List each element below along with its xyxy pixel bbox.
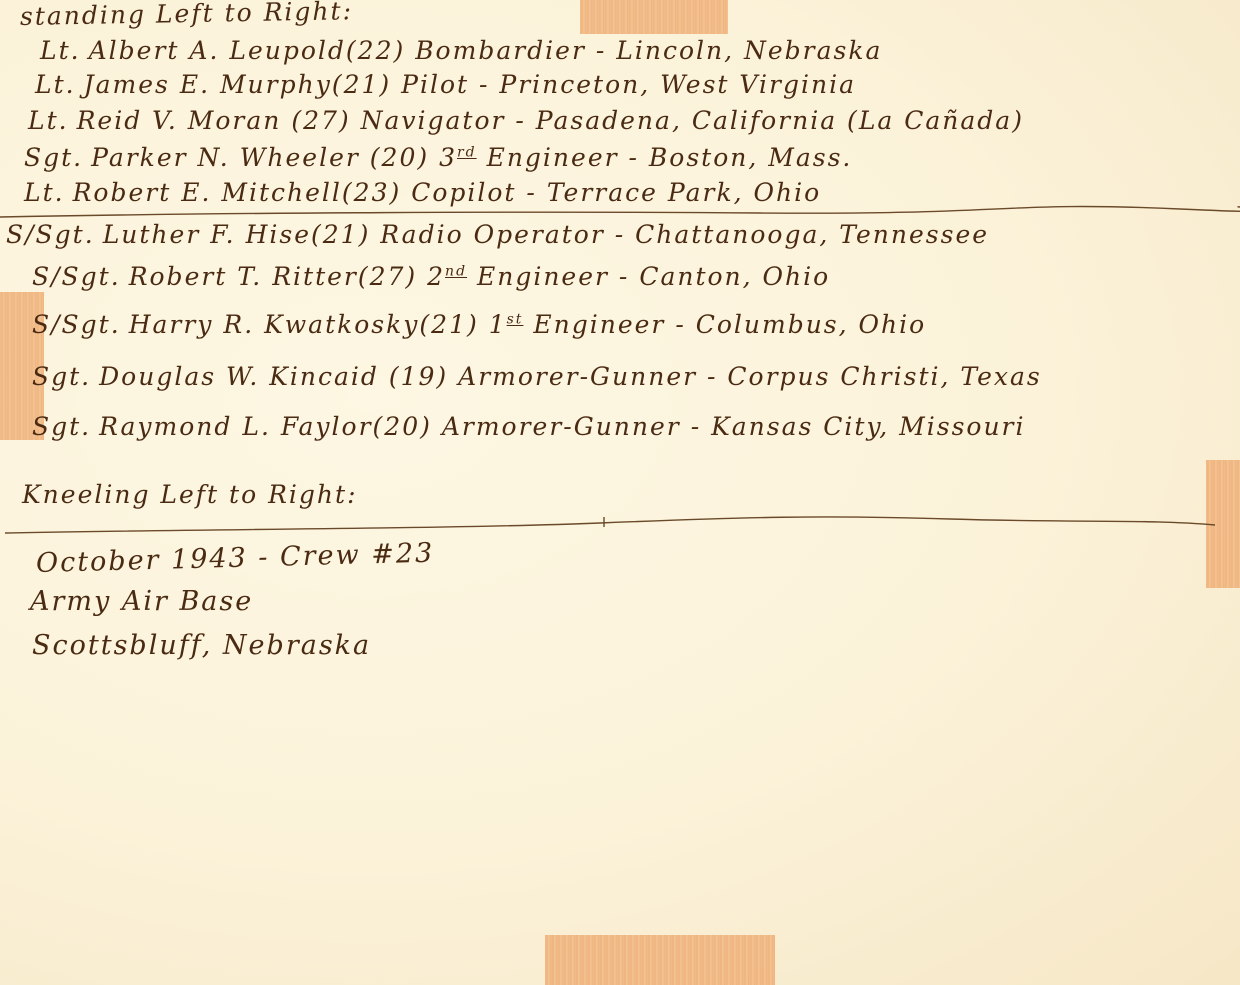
- crew-role: Engineer: [487, 143, 619, 172]
- crew-row: Sgt.Parker N. Wheeler (20) 3rd Engineer …: [24, 143, 852, 172]
- tape-bottom: [545, 935, 775, 985]
- crew-age: (21): [332, 70, 391, 99]
- crew-location: Lincoln, Nebraska: [616, 36, 882, 65]
- crew-age: (21): [419, 310, 478, 339]
- crew-row: Lt.Reid V. Moran (27) Navigator - Pasade…: [28, 106, 1024, 135]
- crew-rank: S/Sgt.: [32, 262, 121, 291]
- crew-rank: Sgt.: [32, 412, 91, 441]
- crew-rank: Sgt.: [24, 143, 83, 172]
- photo-back-paper: standing Left to Right: Lt.Albert A. Leu…: [0, 0, 1240, 985]
- crew-row: S/Sgt.Harry R. Kwatkosky(21) 1st Enginee…: [32, 310, 926, 339]
- crew-name: Parker N. Wheeler: [91, 143, 360, 172]
- crew-location: Canton, Ohio: [639, 262, 830, 291]
- crew-age: (19): [389, 362, 448, 391]
- tape-top: [580, 0, 728, 34]
- crew-role: Engineer: [477, 262, 609, 291]
- crew-name: Raymond L. Faylor: [99, 412, 372, 441]
- crew-name: James E. Murphy: [84, 70, 332, 99]
- crew-name: Luther F. Hise: [103, 220, 311, 249]
- crew-role-suffix: rd: [457, 145, 477, 161]
- crew-row: S/Sgt.Robert T. Ritter(27) 2nd Engineer …: [32, 262, 830, 291]
- base-line: Army Air Base: [30, 586, 253, 617]
- crew-row: Sgt.Douglas W. Kincaid (19) Armorer-Gunn…: [32, 362, 1042, 391]
- crew-location: Kansas City, Missouri: [711, 412, 1025, 441]
- crew-role: Armorer-Gunner: [442, 412, 681, 441]
- crew-location: Pasadena, California (La Cañada): [536, 106, 1024, 135]
- crew-location: Chattanooga, Tennessee: [635, 220, 989, 249]
- crew-age: (20): [373, 412, 432, 441]
- crew-rank: Lt.: [35, 70, 76, 99]
- crew-age: (21): [311, 220, 370, 249]
- crew-role-suffix: st: [507, 312, 524, 328]
- place-line: Scottsbluff, Nebraska: [32, 630, 371, 661]
- crew-location: Corpus Christi, Texas: [727, 362, 1041, 391]
- crew-role: Navigator: [361, 106, 506, 135]
- divider-line: [0, 505, 1240, 545]
- crew-age: (22): [346, 36, 405, 65]
- crew-rank: Sgt.: [32, 362, 91, 391]
- crew-row: Lt.James E. Murphy(21) Pilot - Princeton…: [35, 70, 856, 99]
- crew-name: Reid V. Moran: [77, 106, 282, 135]
- crew-age: (27): [358, 262, 417, 291]
- crew-row: Lt.Albert A. Leupold(22) Bombardier - Li…: [40, 36, 882, 65]
- crew-rank: S/Sgt.: [32, 310, 121, 339]
- crew-location: Boston, Mass.: [649, 143, 852, 172]
- crew-row: Sgt.Raymond L. Faylor(20) Armorer-Gunner…: [32, 412, 1026, 441]
- standing-heading: standing Left to Right:: [20, 0, 353, 31]
- crew-role-prefix: 3: [439, 143, 457, 172]
- crew-rank: Lt.: [28, 106, 69, 135]
- crew-rank: S/Sgt.: [6, 220, 95, 249]
- crew-role: Radio Operator: [380, 220, 605, 249]
- crew-location: Columbus, Ohio: [696, 310, 926, 339]
- crew-age: (20): [370, 143, 429, 172]
- crew-role: Engineer: [533, 310, 665, 339]
- crew-role-prefix: 1: [489, 310, 507, 339]
- crew-name: Harry R. Kwatkosky: [129, 310, 420, 339]
- crew-name: Robert T. Ritter: [129, 262, 358, 291]
- crew-rank: Lt.: [40, 36, 81, 65]
- crew-age: (27): [291, 106, 350, 135]
- crew-role: Armorer-Gunner: [458, 362, 697, 391]
- crew-row: S/Sgt.Luther F. Hise(21) Radio Operator …: [6, 220, 989, 249]
- crew-name: Douglas W. Kincaid: [99, 362, 379, 391]
- crew-location: Princeton, West Virginia: [499, 70, 856, 99]
- crew-role-prefix: 2: [427, 262, 445, 291]
- crew-name: Albert A. Leupold: [89, 36, 346, 65]
- crew-role-suffix: nd: [445, 264, 467, 280]
- crew-role: Bombardier: [415, 36, 586, 65]
- crew-role: Pilot: [401, 70, 469, 99]
